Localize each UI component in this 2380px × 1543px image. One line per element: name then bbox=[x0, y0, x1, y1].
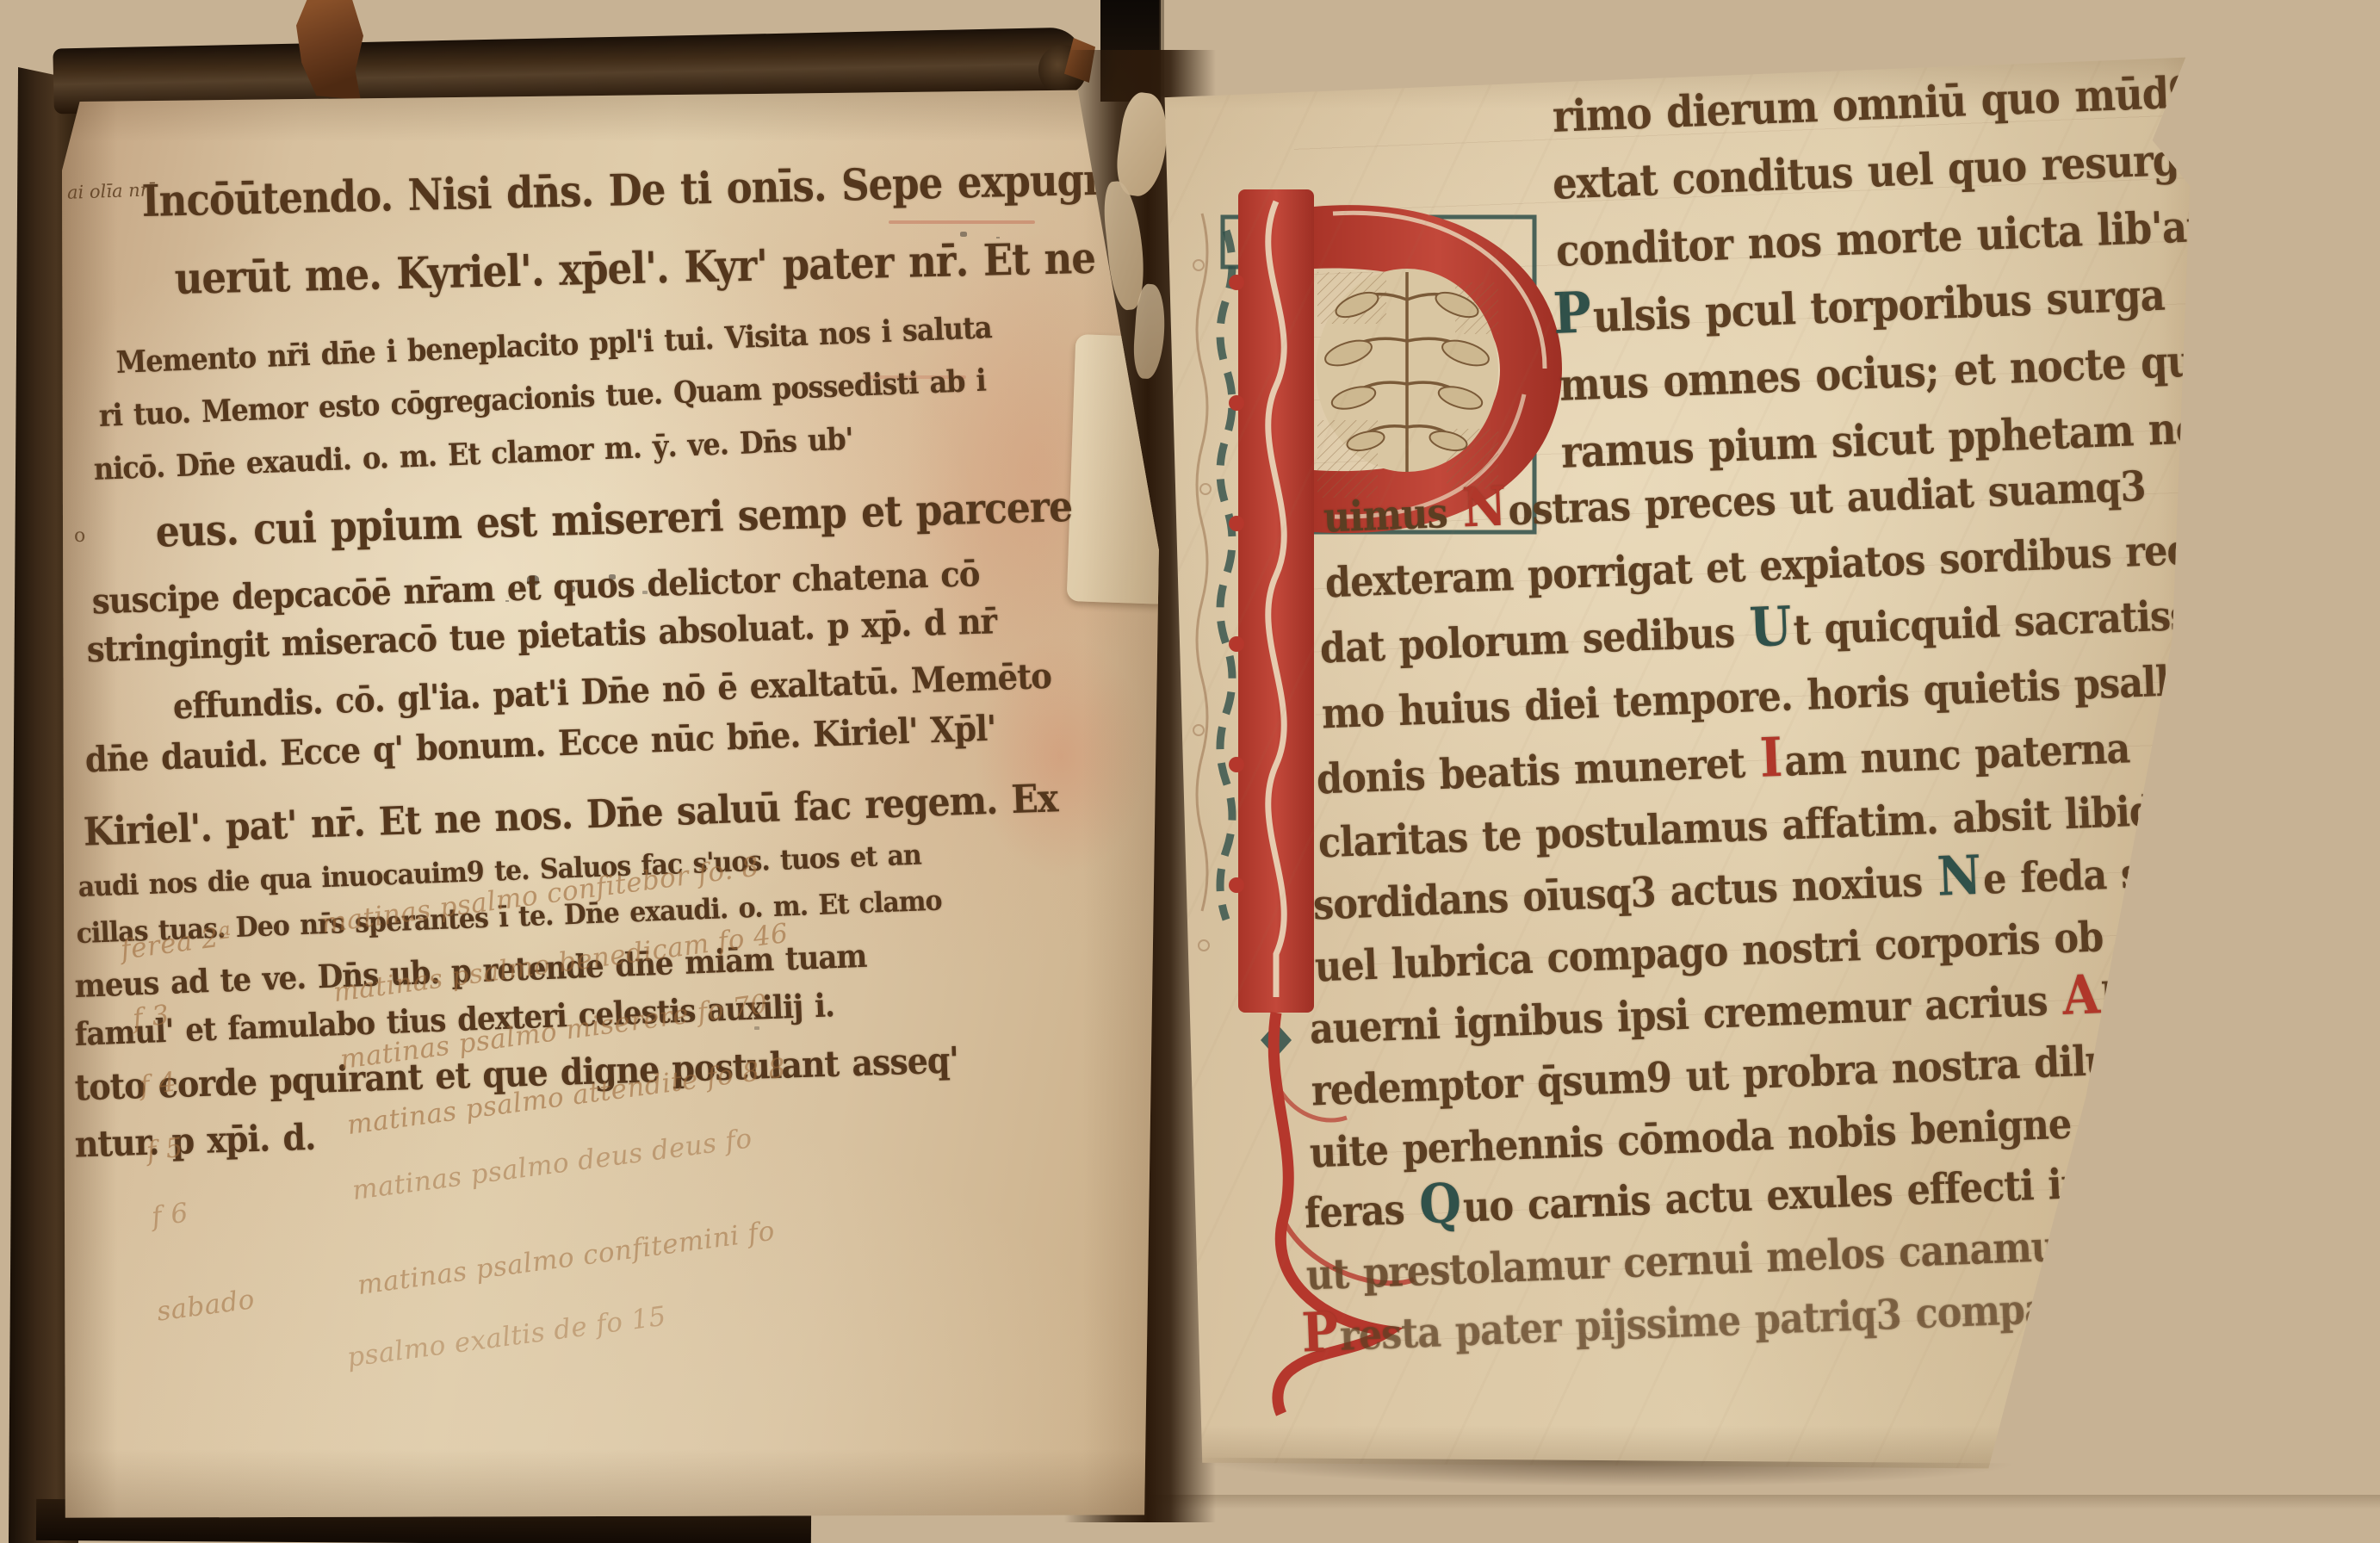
initial-bowl bbox=[1314, 205, 1562, 533]
text-line: uel lubrica compago nostri corporis ob q… bbox=[1311, 908, 2231, 992]
text-line: uerūt me. Kyriel'. xp̄el'. Kyr' pater nr… bbox=[174, 230, 1184, 304]
ruling-lines bbox=[1292, 51, 2253, 1377]
text-line: ramus pium sicut pphetam no bbox=[1557, 402, 2202, 478]
white-vine bbox=[1268, 201, 1284, 997]
flourish-tail bbox=[1261, 1013, 1414, 1414]
text-line: Pulsis pcul torporibus surga bbox=[1552, 270, 2166, 344]
cursive-note: f 6matinas psalmo deus deus fo bbox=[150, 1123, 754, 1232]
text-line: sordidans oīusq3 actus noxius Ne feda si… bbox=[1312, 849, 2171, 930]
text-line: rimo dierum omniū quo mūd9 bbox=[1548, 66, 2196, 142]
text-line: extat conditus uel quo resurgēs bbox=[1548, 133, 2224, 209]
cursive-note: sabadomatinas psalmo confitemini fo bbox=[155, 1216, 777, 1328]
cursive-note: f 4matinas psalmo miserere fo 70 bbox=[138, 988, 770, 1102]
text-line: Incōūtendo. Nisi dn̄s. De ti onīs. Sepe … bbox=[141, 153, 1136, 227]
cursive-note: f 5matinas psalmo attendite fo 8 8 bbox=[145, 1052, 788, 1167]
text-line: cillas tuas. Deo nr̄s sperantes ī te. Dn… bbox=[76, 884, 942, 950]
text-line: Memento nr̄i dn̄e i beneplacito ppl'i tu… bbox=[115, 309, 992, 381]
text-line: Kiriel'. pat' nr̄. Et ne nos. Dn̄e saluū… bbox=[83, 775, 1058, 854]
text-line: famul' et famulabo tius dexteri celestis… bbox=[74, 987, 835, 1054]
ink-speckles bbox=[527, 575, 539, 586]
text-line: dexteram porrigat et expiatos sordibus r… bbox=[1321, 526, 2193, 608]
right-page: rimo dierum omniū quo mūd9 extat conditu… bbox=[1162, 52, 2270, 1483]
left-page: ai olīa nrī o Incōūtendo. Nisi dn̄s. De … bbox=[62, 84, 1171, 1521]
text-line: dn̄e dauid. Ecce q' bonum. Ecce nūc bn̄e… bbox=[84, 707, 996, 780]
note-day: f 3 bbox=[131, 984, 288, 1035]
text-line: auerni ignibus ipsi crememur acrius Ab h… bbox=[1309, 971, 2214, 1054]
text-line: Presta pater pijssime patriq3 compar uni… bbox=[1300, 1280, 2191, 1362]
cursive-note: ferea 2ªmatinas psalmo confitebor fo. 8 bbox=[119, 851, 761, 965]
text-line: donis beatis muneret Iam nunc paterna bbox=[1316, 725, 2130, 804]
text-line: suscipe depcacōē nr̄am et quos delictor … bbox=[91, 553, 980, 623]
note-day: sabado bbox=[155, 1277, 313, 1328]
page-shadow bbox=[1188, 1458, 2015, 1490]
marginal-jot: de9 bbox=[2083, 1256, 2117, 1280]
note-day bbox=[148, 1373, 301, 1392]
text-line: effundis. cō. gl'ia. pat'i Dn̄e nō ē exa… bbox=[172, 654, 1052, 727]
text-line: conditor nos morte uicta lib'at bbox=[1552, 201, 2204, 276]
text-line: meus ad te ve. Dn̄s ub. p retende dn̄e m… bbox=[74, 938, 867, 1006]
note-day: f 6 bbox=[150, 1182, 307, 1233]
illuminated-initial-P bbox=[1188, 127, 1593, 1428]
foliate-tree bbox=[1340, 272, 1474, 472]
penwork-squiggle bbox=[1197, 214, 1207, 911]
red-strike bbox=[889, 220, 1035, 224]
margin-note: ai olīa nrī bbox=[67, 179, 155, 203]
guide-letter: o bbox=[74, 525, 85, 547]
note-day: f 4 bbox=[138, 1051, 295, 1102]
text-line: ut prestolamur cernui melos canamus gl'i… bbox=[1302, 1218, 2177, 1300]
text-line: mus omnes ocius; et nocte que bbox=[1555, 334, 2219, 411]
note-day: f 5 bbox=[145, 1117, 302, 1168]
text-line: feras Quo carnis actu exules effecti ips… bbox=[1304, 1153, 2273, 1238]
text-line: uimus Nostras preces ut audiat suamq3 bbox=[1323, 462, 2146, 542]
stain bbox=[975, 635, 1147, 877]
note-day: ferea 2ª bbox=[119, 915, 276, 966]
teal-leaf-chain bbox=[1220, 231, 1232, 920]
text-line: uite perhennis cōmoda nobis benigne con bbox=[1305, 1097, 2158, 1178]
text-line: audi nos die qua inuocauim9 te. Saluos f… bbox=[77, 839, 921, 903]
text-line: toto corde pquirant et que digne postula… bbox=[74, 1038, 959, 1109]
cursive-note: psalmo exaltis de fo 15 bbox=[145, 1301, 668, 1400]
text-line: stringingit miseracō tue pietatis absolu… bbox=[86, 600, 997, 671]
text-line: ntur. p xp̄i. d. bbox=[74, 1115, 316, 1165]
text-line: nicō. Dn̄e exaudi. o. m. Et clamor m. ȳ.… bbox=[93, 421, 853, 487]
text-line: eus. cui ppium est misereri semp et parc… bbox=[155, 482, 1073, 557]
cursive-note: f 3matinas psalmo benedicam fo 46 bbox=[131, 918, 790, 1035]
manuscript-photo: ai olīa nrī o Incōūtendo. Nisi dn̄s. De … bbox=[0, 0, 2380, 1543]
text-line: mo huius diei tempore. horis quietis psa… bbox=[1317, 655, 2246, 739]
text-line: redemptor q̄sum9 ut probra nostra diluas… bbox=[1307, 1035, 2168, 1116]
text-line: ri tuo. Memor esto cōgregacionis tue. Qu… bbox=[98, 363, 987, 434]
text-line: claritas te postulamus affatim. absit li… bbox=[1314, 786, 2179, 867]
red-strike bbox=[863, 375, 966, 379]
text-line: dat polorum sedibus Ut quicquid sacratis… bbox=[1319, 592, 2204, 673]
